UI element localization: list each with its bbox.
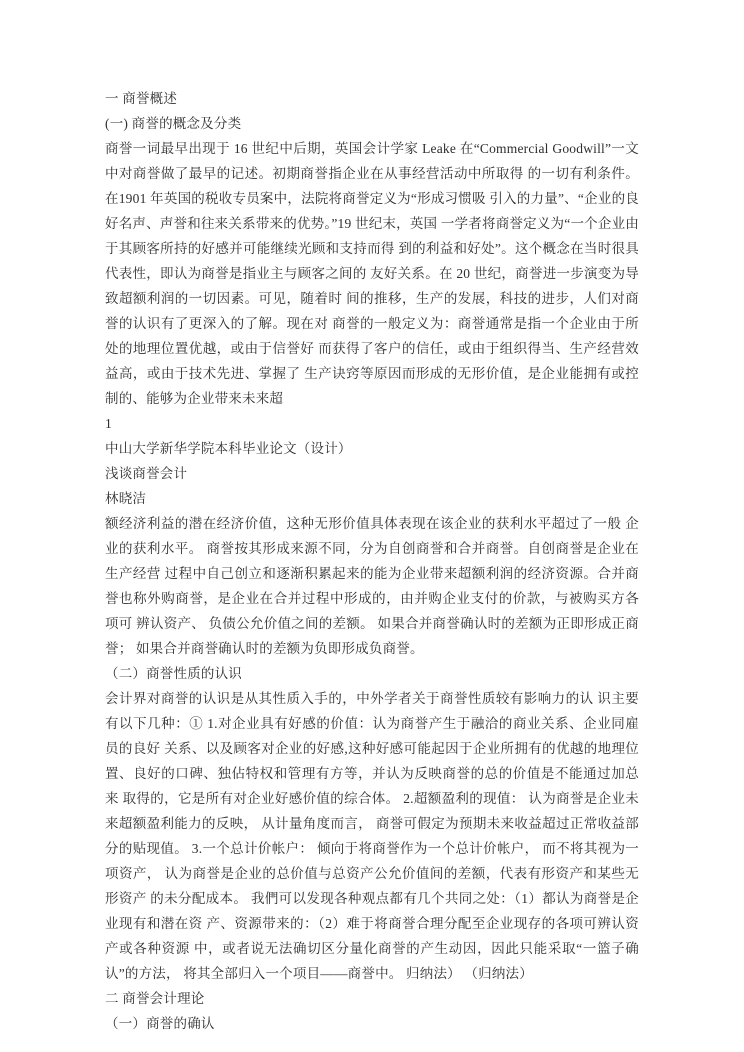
section-heading-2: 二 商誉会计理论 [105, 986, 639, 1011]
paragraph-goodwill-concept: 商誉一词最早出现于 16 世纪中后期，英国会计学家 Leake 在“Commer… [105, 136, 639, 411]
page-number: 1 [105, 411, 639, 436]
paragraph-goodwill-nature: 会计界对商誉的认识是从其性质入手的，中外学者关于商誉性质较有影响力的认 识主要有… [105, 686, 639, 986]
document-body: 一 商誉概述 (一) 商誉的概念及分类 商誉一词最早出现于 16 世纪中后期，英… [105, 86, 639, 1036]
subsection-heading-1-1: (一) 商誉的概念及分类 [105, 111, 639, 136]
thesis-affiliation-line: 中山大学新华学院本科毕业论文（设计） [105, 436, 639, 461]
paragraph-goodwill-classification: 额经济利益的潜在经济价值，这种无形价值具体表现在该企业的获利水平超过了一般 企业… [105, 511, 639, 661]
section-heading-1: 一 商誉概述 [105, 86, 639, 111]
thesis-title-line: 浅谈商誉会计 [105, 461, 639, 486]
thesis-page: 一 商誉概述 (一) 商誉的概念及分类 商誉一词最早出现于 16 世纪中后期，英… [0, 0, 744, 1052]
subsection-heading-2-1: （一）商誉的确认 [105, 1011, 639, 1036]
author-name-line: 林晓洁 [105, 486, 639, 511]
subsection-heading-1-2: （二）商誉性质的认识 [105, 661, 639, 686]
